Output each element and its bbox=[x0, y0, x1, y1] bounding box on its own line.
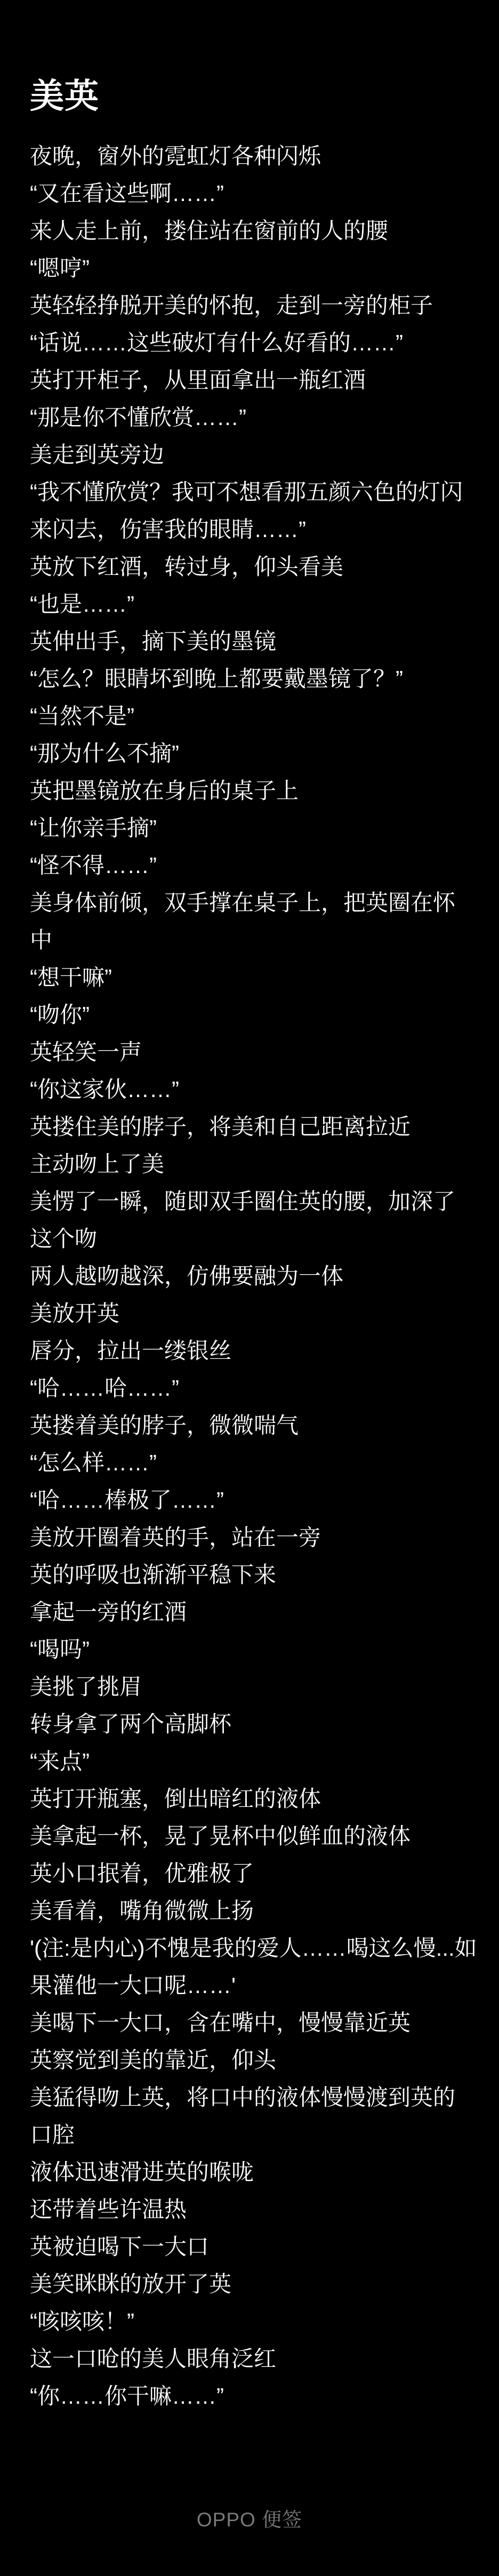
note-line: 英伸出手，摘下美的墨镜 bbox=[30, 623, 480, 660]
note-line: 转身拿了两个高脚杯 bbox=[30, 1706, 480, 1743]
note-line: “咳咳咳！” bbox=[30, 2303, 480, 2340]
note-line: “那为什么不摘” bbox=[30, 735, 480, 772]
note-content: 美英 夜晚，窗外的霓虹灯各种闪烁“又在看这些啊……”来人走上前，搂住站在窗前的人… bbox=[30, 75, 480, 2415]
note-line: 美笑眯眯的放开了英 bbox=[30, 2266, 480, 2303]
note-line: “让你亲手摘” bbox=[30, 810, 480, 847]
note-body: 夜晚，窗外的霓虹灯各种闪烁“又在看这些啊……”来人走上前，搂住站在窗前的人的腰“… bbox=[30, 138, 480, 2415]
note-line: 美喝下一大口，含在嘴中，慢慢靠近英 bbox=[30, 2004, 480, 2042]
note-line: 英搂着美的脖子，微微喘气 bbox=[30, 1407, 480, 1444]
note-line: 美愣了一瞬，随即双手圈住英的腰，加深了 bbox=[30, 1183, 480, 1220]
note-screen: 美英 夜晚，窗外的霓虹灯各种闪烁“又在看这些啊……”来人走上前，搂住站在窗前的人… bbox=[0, 0, 499, 2576]
note-line: 英打开瓶塞，倒出暗红的液体 bbox=[30, 1780, 480, 1818]
note-line: “那是你不懂欣赏……” bbox=[30, 399, 480, 436]
note-line: 英轻笑一声 bbox=[30, 1034, 480, 1071]
note-line: “怪不得……” bbox=[30, 847, 480, 884]
note-line: 主动吻上了美 bbox=[30, 1146, 480, 1183]
note-line: “哈……哈……” bbox=[30, 1370, 480, 1407]
note-line: 英把墨镜放在身后的桌子上 bbox=[30, 772, 480, 810]
note-line: 唇分，拉出一缕银丝 bbox=[30, 1332, 480, 1370]
note-line: “话说……这些破灯有什么好看的……” bbox=[30, 324, 480, 362]
note-line: 两人越吻越深，仿佛要融为一体 bbox=[30, 1258, 480, 1295]
note-line: 英放下红酒，转过身，仰头看美 bbox=[30, 548, 480, 586]
note-line: “来点” bbox=[30, 1743, 480, 1780]
note-line: 来闪去，伤害我的眼睛……” bbox=[30, 511, 480, 548]
note-line: 美看着，嘴角微微上扬 bbox=[30, 1892, 480, 1930]
note-line: “你……你干嘛……” bbox=[30, 2378, 480, 2415]
note-line: “我不懂欣赏？我可不想看那五颜六色的灯闪 bbox=[30, 474, 480, 511]
note-line: 这个吻 bbox=[30, 1220, 480, 1258]
note-line: 英察觉到美的靠近，仰头 bbox=[30, 2042, 480, 2079]
note-line: “你这家伙……” bbox=[30, 1071, 480, 1108]
note-line: 中 bbox=[30, 922, 480, 959]
note-line: 美放开圈着英的手，站在一旁 bbox=[30, 1519, 480, 1556]
note-line: 美挑了挑眉 bbox=[30, 1668, 480, 1706]
note-line: 来人走上前，搂住站在窗前的人的腰 bbox=[30, 212, 480, 250]
note-line: “嗯哼” bbox=[30, 250, 480, 287]
note-line: 英小口抿着，优雅极了 bbox=[30, 1855, 480, 1892]
note-line: 美放开英 bbox=[30, 1295, 480, 1332]
note-line: “怎么样……” bbox=[30, 1444, 480, 1482]
note-line: “哈……棒极了……” bbox=[30, 1482, 480, 1519]
note-line: 英搂住美的脖子，将美和自己距离拉近 bbox=[30, 1108, 480, 1146]
note-line: “又在看这些啊……” bbox=[30, 175, 480, 212]
note-line: '(注:是内心)不愧是我的爱人……喝这么慢...如 bbox=[30, 1930, 480, 1967]
note-line: 美身体前倾，双手撑在桌子上，把英圈在怀 bbox=[30, 884, 480, 922]
note-line: 拿起一旁的红酒 bbox=[30, 1594, 480, 1631]
note-line: “喝吗” bbox=[30, 1631, 480, 1668]
note-line: 英打开柜子，从里面拿出一瓶红酒 bbox=[30, 362, 480, 399]
note-line: 英的呼吸也渐渐平稳下来 bbox=[30, 1556, 480, 1594]
watermark-label: OPPO 便签 bbox=[0, 2508, 499, 2532]
note-line: 英被迫喝下一大口 bbox=[30, 2228, 480, 2266]
note-line: 夜晚，窗外的霓虹灯各种闪烁 bbox=[30, 138, 480, 175]
note-line: 美拿起一杯，晃了晃杯中似鲜血的液体 bbox=[30, 1818, 480, 1855]
note-line: 美走到英旁边 bbox=[30, 436, 480, 474]
note-line: 英轻轻挣脱开美的怀抱，走到一旁的柜子 bbox=[30, 287, 480, 324]
note-line: 还带着些许温热 bbox=[30, 2191, 480, 2228]
note-title: 美英 bbox=[30, 75, 480, 117]
note-line: 果灌他一大口呢……' bbox=[30, 1967, 480, 2004]
note-line: 美猛得吻上英，将口中的液体慢慢渡到英的 bbox=[30, 2079, 480, 2116]
note-line: “也是……” bbox=[30, 586, 480, 623]
note-line: 这一口呛的美人眼角泛红 bbox=[30, 2340, 480, 2378]
note-line: 液体迅速滑进英的喉咙 bbox=[30, 2154, 480, 2191]
note-line: “想干嘛” bbox=[30, 959, 480, 996]
note-line: 口腔 bbox=[30, 2116, 480, 2154]
note-line: “怎么？眼睛坏到晚上都要戴墨镜了？” bbox=[30, 660, 480, 698]
note-line: “当然不是” bbox=[30, 698, 480, 735]
note-line: “吻你” bbox=[30, 996, 480, 1034]
